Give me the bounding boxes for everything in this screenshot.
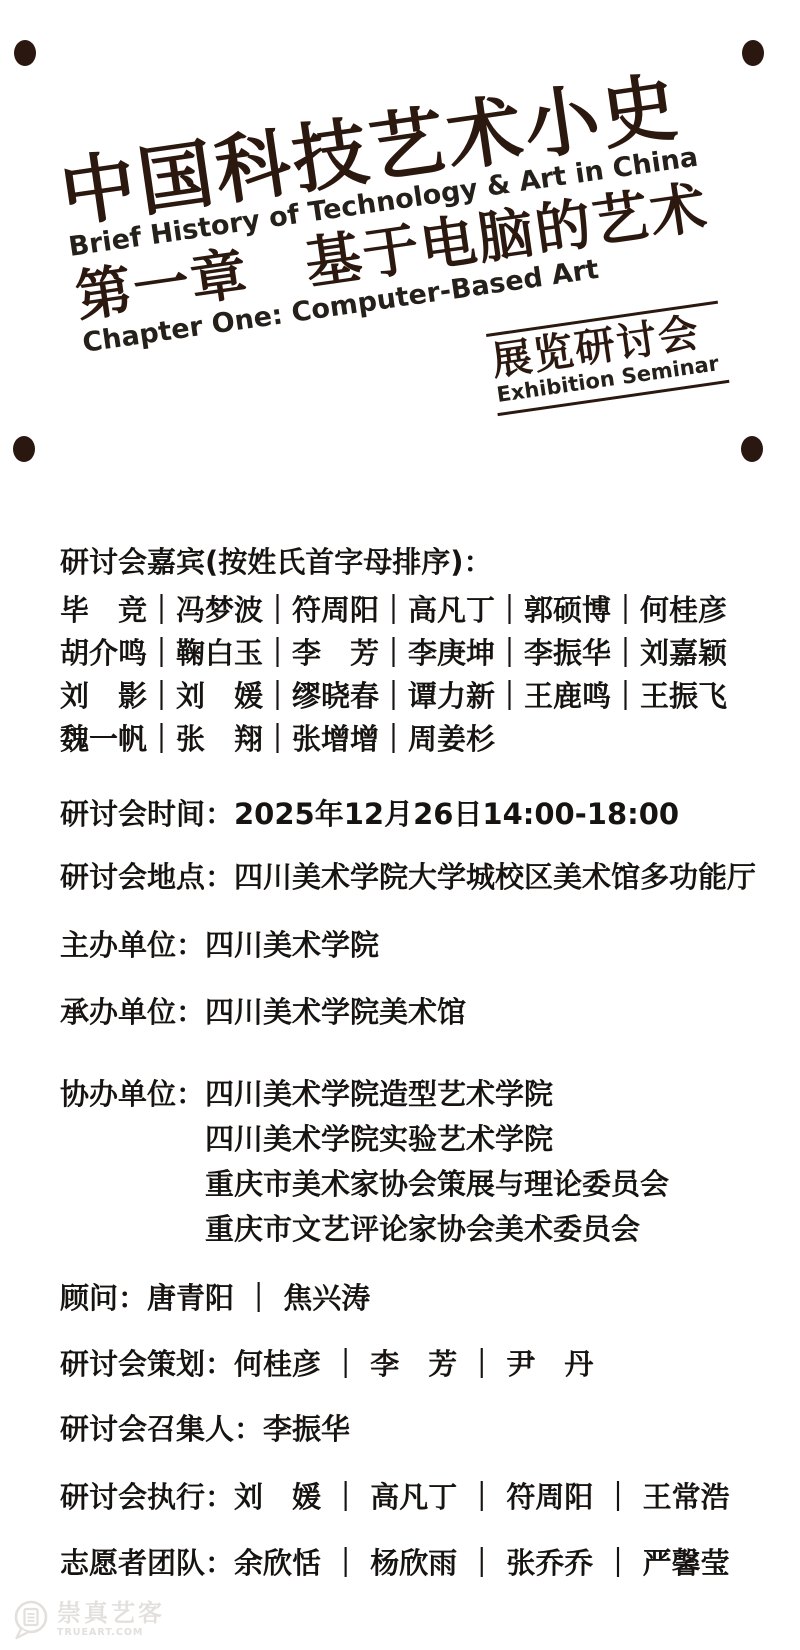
watermark-name-zh: 崇真艺客 — [57, 1601, 165, 1625]
guest-row: 刘 影｜刘 媛｜缪晓春｜谭力新｜王鹿鸣｜王振飞 — [60, 675, 770, 718]
planners: 研讨会策划：何桂彦 ｜ 李 芳 ｜ 尹 丹 — [60, 1348, 770, 1380]
corner-dot-top-right — [742, 40, 764, 66]
co-organizer-line: 四川美术学院造型艺术学院 — [205, 1072, 669, 1117]
watermark: 崇真艺客 TRUEART.COM — [10, 1598, 165, 1642]
guest-row: 毕 竞｜冯梦波｜符周阳｜高凡丁｜郭硕博｜何桂彦 — [60, 589, 770, 632]
seminar-info: 研讨会嘉宾(按姓氏首字母排序)： 毕 竞｜冯梦波｜符周阳｜高凡丁｜郭硕博｜何桂彦… — [60, 546, 770, 1579]
co-organizers-label: 协办单位： — [60, 1072, 205, 1252]
convener: 研讨会召集人：李振华 — [60, 1413, 770, 1445]
seminar-stamp: 展览研讨会 Exhibition Seminar — [486, 301, 729, 417]
corner-dot-bottom-left — [13, 436, 35, 462]
co-organizer-line: 重庆市文艺评论家协会美术委员会 — [205, 1207, 669, 1252]
executors: 研讨会执行：刘 媛 ｜ 高凡丁 ｜ 符周阳 ｜ 王常浩 — [60, 1481, 770, 1513]
seminar-venue: 研讨会地点：四川美术学院大学城校区美术馆多功能厅 — [60, 861, 770, 893]
watermark-text: 崇真艺客 TRUEART.COM — [57, 1601, 165, 1638]
corner-dot-top-left — [14, 40, 36, 66]
advisors: 顾问：唐青阳 ｜ 焦兴涛 — [60, 1282, 770, 1314]
co-organizer-line: 重庆市美术家协会策展与理论委员会 — [205, 1162, 669, 1207]
guest-list: 毕 竞｜冯梦波｜符周阳｜高凡丁｜郭硕博｜何桂彦 胡介鸣｜鞠白玉｜李 芳｜李庚坤｜… — [60, 589, 770, 761]
speech-bubble-document-icon — [10, 1598, 52, 1642]
guest-row: 魏一帆｜张 翔｜张增增｜周姜杉 — [60, 718, 770, 761]
seminar-time: 研讨会时间：2025年12月26日14:00-18:00 — [60, 798, 770, 830]
organizer-unit: 承办单位：四川美术学院美术馆 — [60, 996, 770, 1028]
co-organizers-lines: 四川美术学院造型艺术学院 四川美术学院实验艺术学院 重庆市美术家协会策展与理论委… — [205, 1072, 669, 1252]
corner-dot-bottom-right — [741, 436, 763, 462]
co-organizer-line: 四川美术学院实验艺术学院 — [205, 1117, 669, 1162]
watermark-name-en: TRUEART.COM — [57, 1628, 165, 1638]
co-organizers: 协办单位： 四川美术学院造型艺术学院 四川美术学院实验艺术学院 重庆市美术家协会… — [60, 1072, 770, 1252]
host-unit: 主办单位：四川美术学院 — [60, 929, 770, 961]
guests-heading: 研讨会嘉宾(按姓氏首字母排序)： — [60, 546, 770, 578]
guest-row: 胡介鸣｜鞠白玉｜李 芳｜李庚坤｜李振华｜刘嘉颖 — [60, 632, 770, 675]
volunteers: 志愿者团队：余欣恬 ｜ 杨欣雨 ｜ 张乔乔 ｜ 严馨莹 — [60, 1547, 770, 1579]
